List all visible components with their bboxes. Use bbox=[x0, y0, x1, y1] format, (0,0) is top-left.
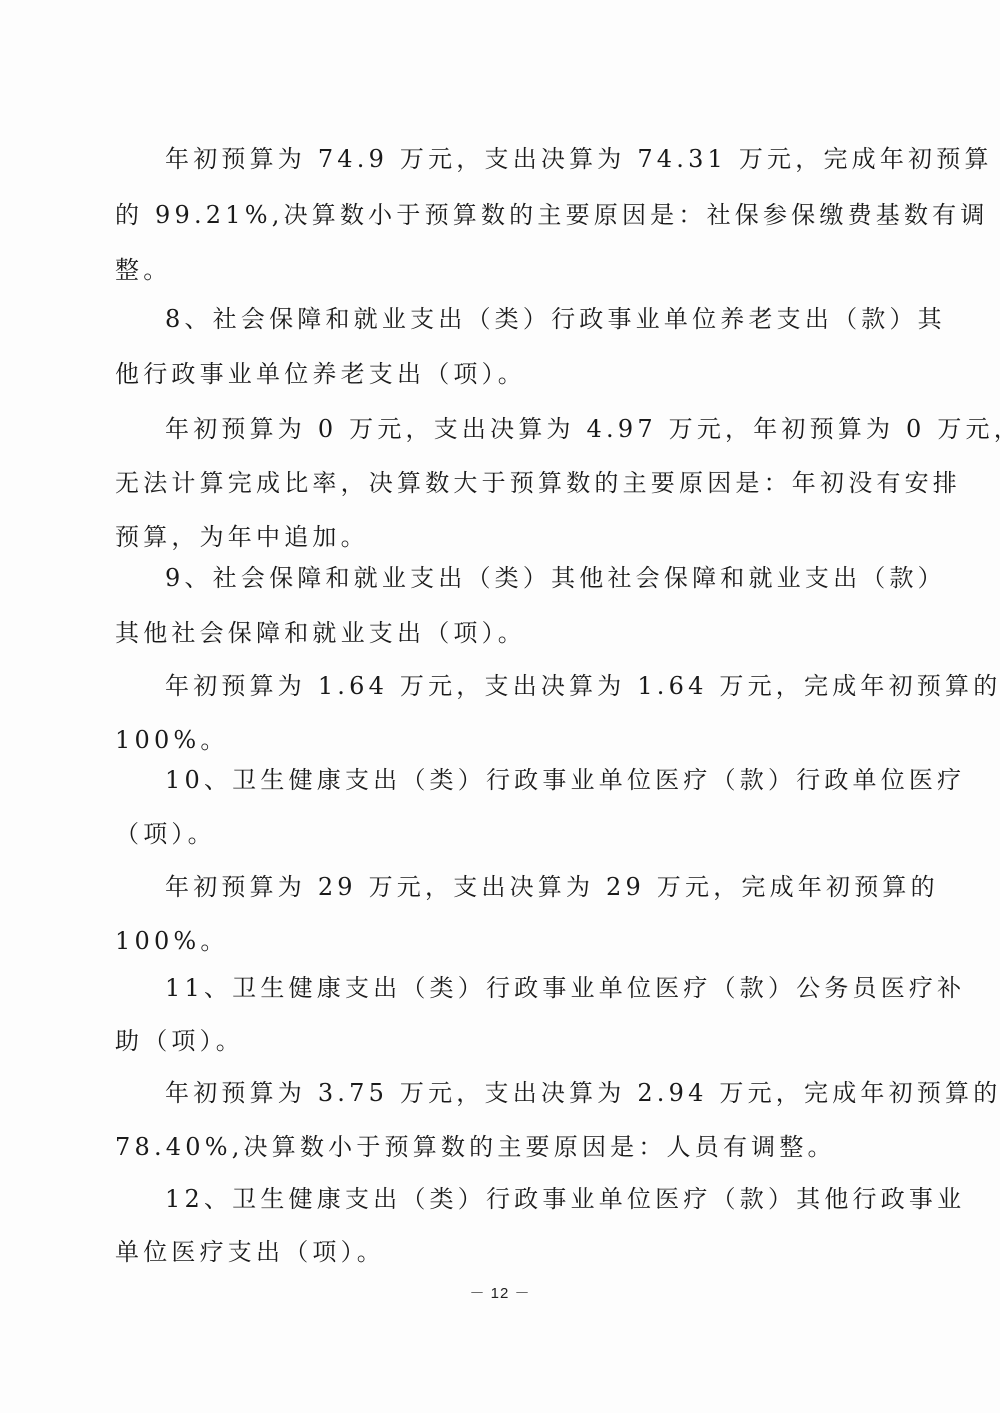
text-line: 整。 bbox=[115, 254, 890, 286]
section-heading-8-cont: 他行政事业单位养老支出（项）。 bbox=[115, 358, 890, 390]
text-line: 100%。 bbox=[115, 724, 890, 756]
section-heading-8: 8、社会保障和就业支出（类）行政事业单位养老支出（款）其 bbox=[165, 303, 890, 335]
section-heading-12-cont: 单位医疗支出（项）。 bbox=[115, 1236, 890, 1268]
section-heading-12: 12、卫生健康支出（类）行政事业单位医疗（款）其他行政事业 bbox=[165, 1183, 890, 1215]
text-line: 的 99.21%,决算数小于预算数的主要原因是：社保参保缴费基数有调 bbox=[115, 199, 890, 231]
section-heading-10-cont: （项）。 bbox=[115, 818, 890, 850]
section-heading-11-cont: 助（项）。 bbox=[115, 1025, 890, 1057]
section-heading-9: 9、社会保障和就业支出（类）其他社会保障和就业支出（款） bbox=[165, 562, 890, 594]
text-line: 年初预算为 74.9 万元，支出决算为 74.31 万元，完成年初预算 bbox=[165, 143, 890, 175]
section-heading-9-cont: 其他社会保障和就业支出（项）。 bbox=[115, 617, 890, 649]
text-line: 年初预算为 0 万元，支出决算为 4.97 万元，年初预算为 0 万元， bbox=[165, 413, 890, 445]
text-line: 78.40%,决算数小于预算数的主要原因是：人员有调整。 bbox=[115, 1131, 890, 1163]
page-number: － 12 － bbox=[0, 1282, 1000, 1303]
text-line: 年初预算为 1.64 万元，支出决算为 1.64 万元，完成年初预算的 bbox=[165, 670, 890, 702]
text-line: 年初预算为 29 万元，支出决算为 29 万元，完成年初预算的 bbox=[165, 871, 890, 903]
text-line: 100%。 bbox=[115, 925, 890, 957]
text-line: 预算，为年中追加。 bbox=[115, 521, 890, 553]
text-line: 无法计算完成比率，决算数大于预算数的主要原因是：年初没有安排 bbox=[115, 467, 890, 499]
section-heading-11: 11、卫生健康支出（类）行政事业单位医疗（款）公务员医疗补 bbox=[165, 972, 890, 1004]
text-line: 年初预算为 3.75 万元，支出决算为 2.94 万元，完成年初预算的 bbox=[165, 1077, 890, 1109]
document-page: 年初预算为 74.9 万元，支出决算为 74.31 万元，完成年初预算 的 99… bbox=[0, 0, 1000, 1413]
section-heading-10: 10、卫生健康支出（类）行政事业单位医疗（款）行政单位医疗 bbox=[165, 764, 890, 796]
